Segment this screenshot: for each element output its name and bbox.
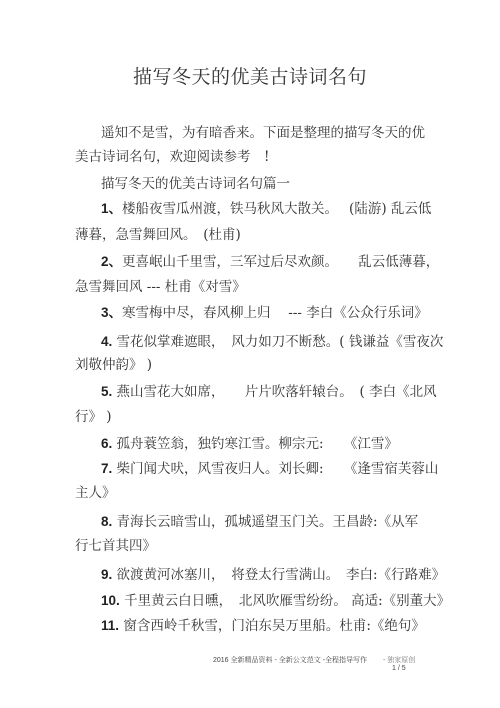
list-item: 10. 千里黄云白日曛， 北风吹雁雪纷纷。 高适:《别董大》 xyxy=(101,592,450,610)
footer-text: 2016 全新精品资料 - 全新公文范文 -全程指导写作 - 独家原创 xyxy=(213,655,415,665)
item-number: 7. xyxy=(101,461,112,476)
item-text: 柴门闻犬吠，风雪夜归人。刘长卿: 《逢雪宿芙蓉山 xyxy=(112,461,438,477)
list-item: 11. 窗含西岭千秋雪，门泊东吴万里船。杜甫:《绝句》 xyxy=(101,617,425,635)
item-number: 8. xyxy=(101,514,112,529)
item-number: 2、 xyxy=(101,254,122,269)
item-continuation: 刘敬仲韵》 ) xyxy=(75,356,152,374)
item-continuation: 薄暮，急雪舞回风。 (杜甫) xyxy=(75,226,241,244)
footer-label: 2016 全新精品资料 - 全新公文范文 -全程指导写作 xyxy=(213,657,367,664)
item-number: 1、 xyxy=(101,201,122,216)
list-item: 9. 欲渡黄河冰塞川， 将登太行雪满山。 李白:《行路难》 xyxy=(101,566,445,584)
page-number: 1 / 5 xyxy=(392,665,406,672)
page-title: 描写冬天的优美古诗词名句 xyxy=(0,62,500,89)
section-heading: 描写冬天的优美古诗词名句篇一 xyxy=(101,175,290,193)
footer-tag: - 独家原创 xyxy=(383,657,415,664)
item-text: 欲渡黄河冰塞川， 将登太行雪满山。 李白:《行路难》 xyxy=(112,567,445,583)
item-text: 寒雪梅中尽，春风柳上归 --- 李白《公众行乐词》 xyxy=(122,305,428,321)
item-continuation: 行》 ) xyxy=(75,408,112,426)
list-item: 7. 柴门闻犬吠，风雪夜归人。刘长卿: 《逢雪宿芙蓉山 xyxy=(101,460,438,478)
item-text: 楼船夜雪瓜州渡，铁马秋风大散关。 (陆游) 乱云低 xyxy=(122,201,431,217)
list-item: 3、寒雪梅中尽，春风柳上归 --- 李白《公众行乐词》 xyxy=(101,304,428,322)
item-number: 9. xyxy=(101,567,112,582)
intro-line-1: 遥知不是雪，为有暗香来。下面是整理的描写冬天的优 xyxy=(101,124,425,142)
list-item: 8. 青海长云暗雪山，孤城遥望玉门关。王昌龄:《从军 xyxy=(101,513,418,531)
item-continuation: 主人》 xyxy=(75,484,116,502)
intro-line-2: 美古诗词名句，欢迎阅读参考 ! xyxy=(75,148,269,166)
item-number: 11. xyxy=(101,618,119,633)
item-text: 燕山雪花大如席， 片片吹落轩辕台。 ( 李白《北风 xyxy=(112,384,436,400)
item-text: 雪花似掌难遮眼， 风力如刀不断愁。( 钱谦益《雪夜次 xyxy=(112,334,443,350)
list-item: 2、更喜岷山千里雪，三军过后尽欢颜。 乱云低薄暮， xyxy=(101,253,439,271)
list-item: 4. 雪花似掌难遮眼， 风力如刀不断愁。( 钱谦益《雪夜次 xyxy=(101,333,443,351)
item-text: 青海长云暗雪山，孤城遥望玉门关。王昌龄:《从军 xyxy=(112,514,418,530)
item-number: 4. xyxy=(101,334,112,349)
item-number: 3、 xyxy=(101,305,122,320)
list-item: 5. 燕山雪花大如席， 片片吹落轩辕台。 ( 李白《北风 xyxy=(101,383,437,401)
item-text: 孤舟蓑笠翁，独钓寒江雪。柳宗元: 《江雪》 xyxy=(112,436,398,452)
item-number: 10. xyxy=(101,593,120,608)
list-item: 1、楼船夜雪瓜州渡，铁马秋风大散关。 (陆游) 乱云低 xyxy=(101,200,431,218)
item-text: 千里黄云白日曛， 北风吹雁雪纷纷。 高适:《别董大》 xyxy=(120,593,450,609)
item-continuation: 行七首其四》 xyxy=(75,537,156,555)
item-text: 更喜岷山千里雪，三军过后尽欢颜。 乱云低薄暮， xyxy=(122,254,439,270)
list-item: 6. 孤舟蓑笠翁，独钓寒江雪。柳宗元: 《江雪》 xyxy=(101,435,398,453)
item-number: 6. xyxy=(101,436,112,451)
item-text: 窗含西岭千秋雪，门泊东吴万里船。杜甫:《绝句》 xyxy=(119,618,425,634)
item-number: 5. xyxy=(101,384,112,399)
item-continuation: 急雪舞回风 --- 杜甫《对雪》 xyxy=(75,278,246,296)
